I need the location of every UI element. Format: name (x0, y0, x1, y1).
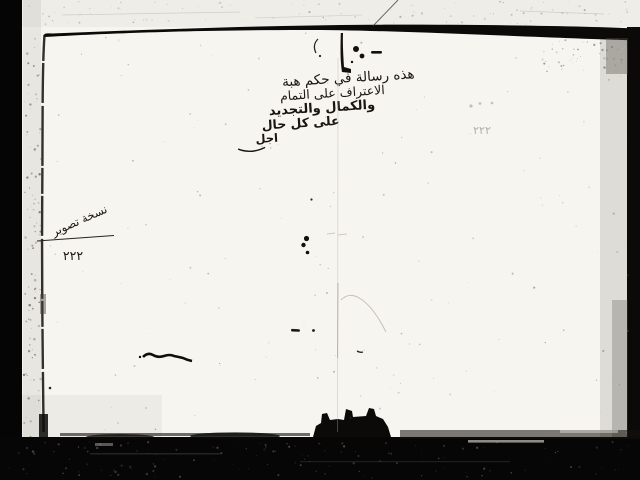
ink-dot (306, 251, 310, 255)
ink-dot (301, 243, 305, 247)
ink-speck (312, 329, 315, 332)
margin-number: ٢٢٢ (63, 248, 83, 263)
page-frame-right-band (627, 27, 640, 441)
left-gutter-strip (23, 0, 41, 441)
ink-speck (310, 198, 312, 200)
manuscript-page-image: هذه رسالة في حكم هبة الاعتراف على التمام… (0, 0, 640, 480)
faint-number: ٢٢٢ (473, 124, 491, 137)
ink-dash (291, 329, 300, 332)
bottom-band-texture (300, 461, 510, 462)
right-band-smudge-top (606, 38, 628, 74)
faint-dot (491, 102, 494, 105)
right-band-smudge-bottom (612, 300, 628, 438)
inscription-line-5: اجل (255, 131, 278, 146)
bottom-band-white-streak (468, 440, 544, 443)
bottom-edge-streak (60, 433, 310, 436)
ink-speck (351, 61, 353, 63)
top-margin-tint (22, 0, 640, 27)
manuscript-scan: هذه رسالة في حكم هبة الاعتراف على التمام… (0, 0, 640, 480)
faint-dot (469, 104, 472, 107)
page-sheet (22, 0, 640, 441)
ink-speck (49, 387, 52, 390)
bottom-band-white-streak (560, 430, 618, 433)
fold-crease (338, 58, 339, 432)
ink-dot (304, 236, 309, 241)
left-line-smudge (40, 294, 46, 314)
bottom-band-white-streak (95, 443, 113, 446)
ink-speck (319, 55, 321, 57)
ink-blob (360, 54, 365, 59)
faint-dot (479, 102, 482, 105)
ink-dash (371, 51, 382, 54)
ink-speck (139, 356, 141, 358)
ink-blob (353, 46, 359, 52)
